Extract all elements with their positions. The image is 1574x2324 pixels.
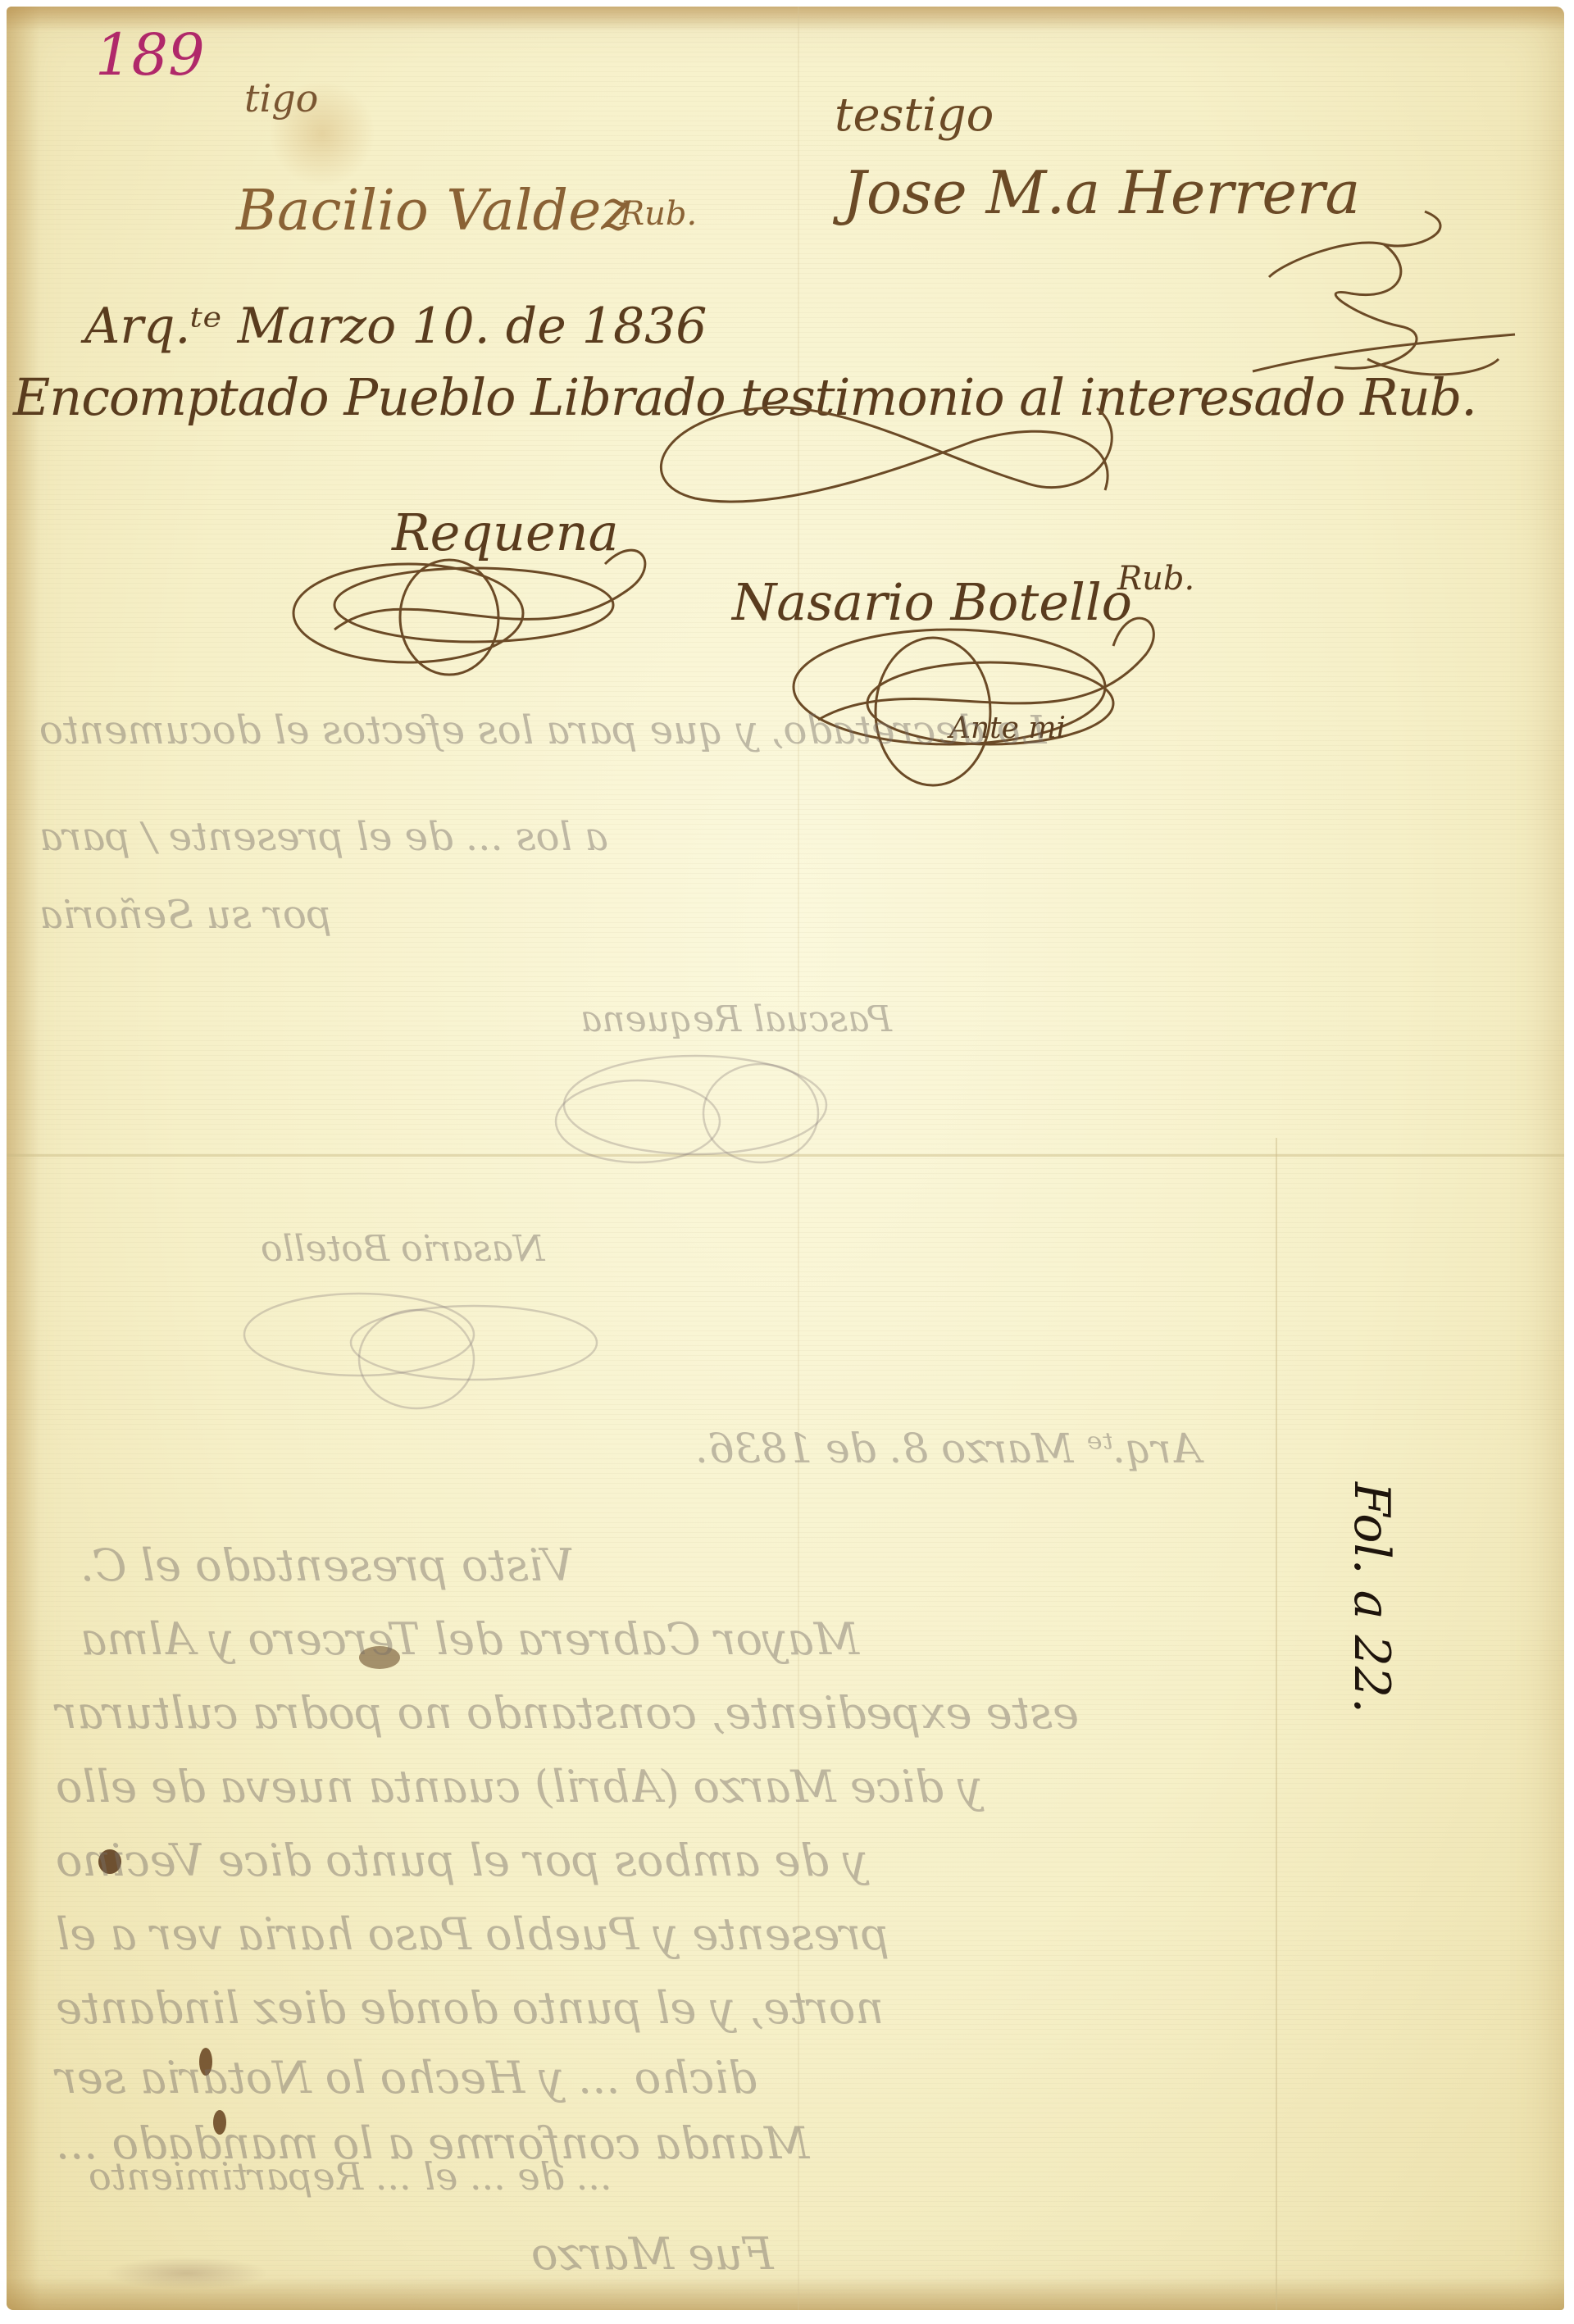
bleed-through-line: a los ... de el presente / para bbox=[39, 814, 608, 860]
bleed-through-line: Fue Marzo bbox=[531, 2228, 774, 2280]
rubric-botello: Rub. bbox=[1117, 560, 1194, 598]
rubric-left: Rub. bbox=[620, 195, 697, 233]
witness-label-left: tigo bbox=[244, 76, 318, 121]
bleed-through-date: Arq.ᵗᵉ Marzo 8. de 1836. bbox=[695, 1425, 1201, 1472]
bottom-stain bbox=[105, 2257, 269, 2290]
bleed-through-line: norte, y el punto donde diez lindante bbox=[56, 1982, 884, 2034]
page-edge-left bbox=[7, 7, 39, 2310]
bleed-through-line: Visto presentado el C. bbox=[80, 1539, 574, 1591]
bleed-through-rubric bbox=[515, 1048, 892, 1171]
page-edge-top bbox=[7, 7, 1564, 31]
bleed-through-line: y dice Marzo (Abril) cuanta nueva de ell… bbox=[56, 1761, 983, 1812]
bleed-through-line: y de ambos por el punto dice Vecino bbox=[56, 1835, 868, 1886]
bleed-through-line: por su Señoria bbox=[39, 892, 332, 938]
rubric-requena bbox=[285, 539, 662, 679]
bleed-through-line: ... de ... el ... Repartimiento bbox=[89, 2154, 612, 2199]
bleed-through-line: Lo decretado, y que para los efectos el … bbox=[39, 707, 1046, 753]
witness-signature-left: Bacilio Valdez bbox=[236, 179, 630, 243]
bleed-through-line: Mayor Cabrera del Tercero y Alma bbox=[80, 1613, 859, 1665]
bleed-through-line: este expediente, constando no podra cult… bbox=[56, 1687, 1079, 1739]
fold-line-vertical bbox=[1276, 1138, 1277, 2310]
date-line: Arq.ᵗᵉ Marzo 10. de 1836 bbox=[84, 298, 707, 355]
bleed-through-signature: Nasario Botello bbox=[261, 1228, 544, 1270]
bleed-through-line: dicho ... y Hecho lo Notaria ser bbox=[56, 2052, 757, 2103]
margin-folio-note: Fol. a 22. bbox=[1343, 1482, 1400, 1713]
folio-number: 189 bbox=[95, 21, 205, 89]
manuscript-page: 189 tigo Bacilio Valdez Rub. testigo Jos… bbox=[7, 7, 1564, 2310]
witness-label-right: testigo bbox=[835, 89, 994, 142]
bleed-through-line: presente y Pueblo Paso haria ver a el bbox=[56, 1908, 889, 1960]
bleed-through-rubric bbox=[228, 1285, 621, 1417]
flourish-infinity bbox=[597, 392, 1138, 515]
bleed-through-signature: Pascual Requena bbox=[580, 998, 892, 1040]
